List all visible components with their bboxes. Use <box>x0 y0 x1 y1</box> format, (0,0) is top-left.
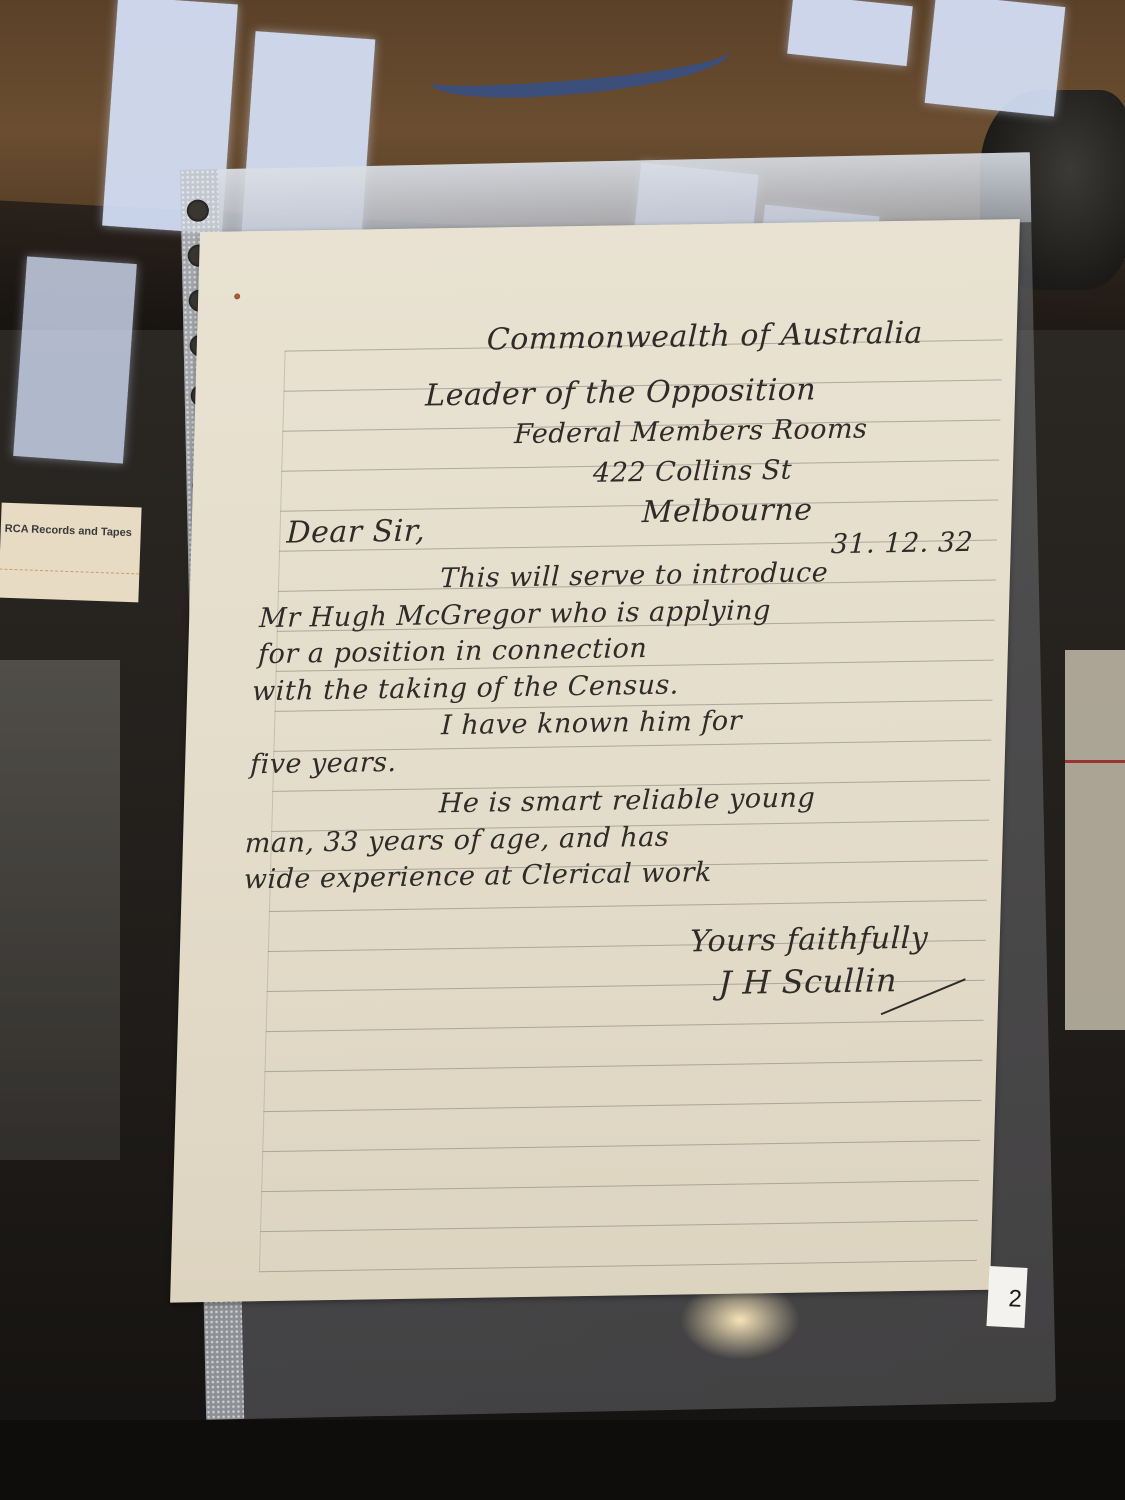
red-line <box>1065 760 1125 763</box>
body-line: five years. <box>250 747 397 780</box>
window-pane-reflection <box>13 256 137 463</box>
ruled-line <box>263 1100 981 1112</box>
ruled-line <box>266 1020 984 1032</box>
body-line: Mr Hugh McGregor who is applying <box>259 595 772 634</box>
ruled-line <box>262 1140 980 1152</box>
ruled-line <box>260 1220 978 1232</box>
ruled-line <box>269 900 987 912</box>
body-line: I have known him for <box>441 706 743 742</box>
ruled-line <box>259 1260 977 1272</box>
heading-address: 422 Collins St <box>593 455 793 489</box>
heading-commonwealth: Commonwealth of Australia <box>486 316 923 358</box>
closing: Yours faithfully <box>689 921 928 960</box>
punch-hole-icon <box>187 199 209 221</box>
ruler-marks <box>0 569 139 589</box>
heading-leader: Leader of the Opposition <box>425 372 817 413</box>
body-line: This will serve to introduce <box>440 557 829 594</box>
heading-city: Melbourne <box>641 492 813 530</box>
body-line: He is smart reliable young <box>438 782 815 819</box>
body-line: wide experience at Clerical work <box>243 857 712 895</box>
body-line: for a position in connection <box>258 633 648 670</box>
background-items <box>0 660 120 1160</box>
heading-federal-rooms: Federal Members Rooms <box>514 414 868 451</box>
rca-records-label: RCA Records and Tapes <box>0 503 142 603</box>
ruled-line <box>280 499 998 511</box>
paper-stain <box>234 293 240 299</box>
page-number-tag: 2 <box>986 1266 1027 1328</box>
letter-paper: Commonwealth of Australia Leader of the … <box>170 219 1020 1302</box>
rca-label-text: RCA Records and Tapes <box>5 523 132 539</box>
ruled-line <box>264 1060 982 1072</box>
background-document <box>1065 650 1125 1030</box>
ruled-line <box>261 1180 979 1192</box>
margin-line <box>259 351 286 1272</box>
body-line: with the taking of the Census. <box>252 670 680 708</box>
salutation: Dear Sir, <box>286 513 426 550</box>
signature: J H Scullin <box>718 961 897 1002</box>
window-pane-reflection <box>925 0 1066 116</box>
letter-date: 31. 12. 32 <box>830 527 973 560</box>
body-line: man, 33 years of age, and has <box>244 822 669 860</box>
case-bottom-edge <box>0 1420 1125 1500</box>
